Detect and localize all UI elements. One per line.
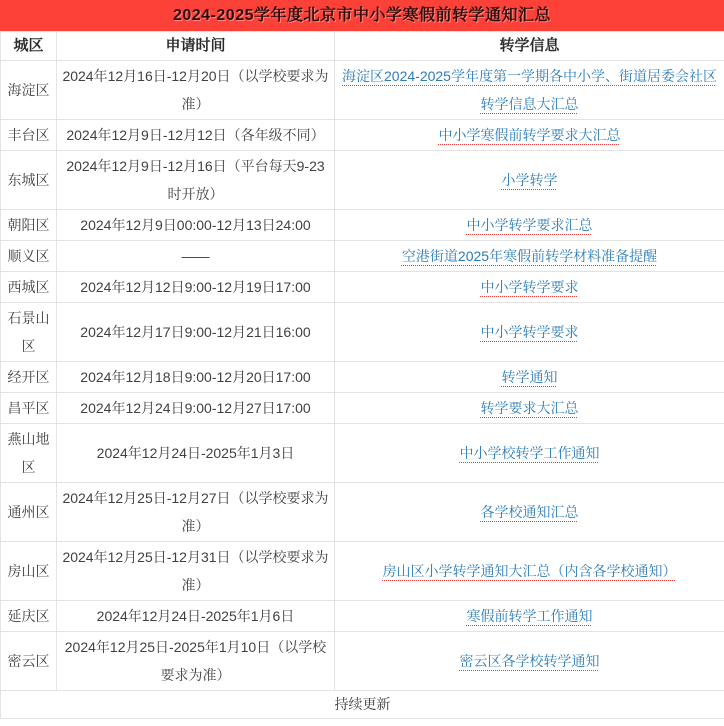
link-cell: 寒假前转学工作通知 xyxy=(335,601,724,632)
table-row: 西城区 2024年12月12日9:00-12月19日17:00 中小学转学要求 xyxy=(1,272,724,303)
time-cell: 2024年12月24日-2025年1月6日 xyxy=(57,601,335,632)
district-cell: 西城区 xyxy=(1,272,57,303)
transfer-link[interactable]: 密云区各学校转学通知 xyxy=(460,653,600,669)
page-title: 2024-2025学年度北京市中小学寒假前转学通知汇总 xyxy=(0,0,724,31)
table-row: 燕山地区 2024年12月24日-2025年1月3日 中小学校转学工作通知 xyxy=(1,424,724,483)
transfer-link[interactable]: 中小学寒假前转学要求大汇总 xyxy=(439,127,621,143)
transfer-link[interactable]: 中小学转学要求 xyxy=(481,324,579,340)
table-header: 城区 申请时间 转学信息 xyxy=(1,32,724,61)
table-row: 海淀区 2024年12月16日-12月20日（以学校要求为准） 海淀区2024-… xyxy=(1,61,724,120)
district-cell: 昌平区 xyxy=(1,393,57,424)
transfer-link[interactable]: 寒假前转学工作通知 xyxy=(467,608,593,624)
link-cell: 转学要求大汇总 xyxy=(335,393,724,424)
time-cell: 2024年12月25日-2025年1月10日（以学校要求为准） xyxy=(57,632,335,691)
time-cell: —— xyxy=(57,241,335,272)
transfer-link[interactable]: 海淀区2024-2025学年度第一学期各中小学、街道居委会社区转学信息大汇总 xyxy=(342,68,717,112)
link-cell: 空港街道2025年寒假前转学材料准备提醒 xyxy=(335,241,724,272)
transfer-link[interactable]: 空港街道2025年寒假前转学材料准备提醒 xyxy=(402,248,657,264)
link-cell: 密云区各学校转学通知 xyxy=(335,632,724,691)
header-row: 城区 申请时间 转学信息 xyxy=(1,32,724,61)
link-cell: 各学校通知汇总 xyxy=(335,483,724,542)
district-cell: 东城区 xyxy=(1,151,57,210)
transfer-link[interactable]: 各学校通知汇总 xyxy=(481,504,579,520)
column-header-transfer-info: 转学信息 xyxy=(335,32,724,61)
transfer-link[interactable]: 中小学转学要求 xyxy=(481,279,579,295)
table-row: 延庆区 2024年12月24日-2025年1月6日 寒假前转学工作通知 xyxy=(1,601,724,632)
district-cell: 朝阳区 xyxy=(1,210,57,241)
district-cell: 丰台区 xyxy=(1,120,57,151)
notice-page: 2024-2025学年度北京市中小学寒假前转学通知汇总 城区 申请时间 转学信息… xyxy=(0,0,724,719)
time-cell: 2024年12月25日-12月31日（以学校要求为准） xyxy=(57,542,335,601)
district-cell: 延庆区 xyxy=(1,601,57,632)
column-header-apply-time: 申请时间 xyxy=(57,32,335,61)
link-cell: 中小学转学要求 xyxy=(335,303,724,362)
table-body: 海淀区 2024年12月16日-12月20日（以学校要求为准） 海淀区2024-… xyxy=(1,61,724,691)
transfer-link[interactable]: 小学转学 xyxy=(502,172,558,188)
time-cell: 2024年12月9日00:00-12月13日24:00 xyxy=(57,210,335,241)
district-cell: 海淀区 xyxy=(1,61,57,120)
time-cell: 2024年12月16日-12月20日（以学校要求为准） xyxy=(57,61,335,120)
link-cell: 中小学寒假前转学要求大汇总 xyxy=(335,120,724,151)
link-cell: 小学转学 xyxy=(335,151,724,210)
footer-row: 持续更新 xyxy=(1,691,724,719)
link-cell: 房山区小学转学通知大汇总（内含各学校通知） xyxy=(335,542,724,601)
column-header-district: 城区 xyxy=(1,32,57,61)
transfer-link[interactable]: 中小学转学要求汇总 xyxy=(467,217,593,233)
table-footer: 持续更新 xyxy=(1,691,724,719)
district-cell: 顺义区 xyxy=(1,241,57,272)
table-row: 丰台区 2024年12月9日-12月12日（各年级不同） 中小学寒假前转学要求大… xyxy=(1,120,724,151)
district-cell: 经开区 xyxy=(1,362,57,393)
time-cell: 2024年12月17日9:00-12月21日16:00 xyxy=(57,303,335,362)
transfer-notice-table: 城区 申请时间 转学信息 海淀区 2024年12月16日-12月20日（以学校要… xyxy=(0,31,724,719)
transfer-link[interactable]: 转学通知 xyxy=(502,369,558,385)
time-cell: 2024年12月24日-2025年1月3日 xyxy=(57,424,335,483)
link-cell: 中小学校转学工作通知 xyxy=(335,424,724,483)
time-cell: 2024年12月9日-12月16日（平台每天9-23时开放） xyxy=(57,151,335,210)
link-cell: 转学通知 xyxy=(335,362,724,393)
table-row: 房山区 2024年12月25日-12月31日（以学校要求为准） 房山区小学转学通… xyxy=(1,542,724,601)
district-cell: 通州区 xyxy=(1,483,57,542)
district-cell: 房山区 xyxy=(1,542,57,601)
table-row: 东城区 2024年12月9日-12月16日（平台每天9-23时开放） 小学转学 xyxy=(1,151,724,210)
table-row: 顺义区 —— 空港街道2025年寒假前转学材料准备提醒 xyxy=(1,241,724,272)
footer-note: 持续更新 xyxy=(1,691,724,719)
link-cell: 中小学转学要求 xyxy=(335,272,724,303)
table-row: 朝阳区 2024年12月9日00:00-12月13日24:00 中小学转学要求汇… xyxy=(1,210,724,241)
district-cell: 密云区 xyxy=(1,632,57,691)
link-cell: 中小学转学要求汇总 xyxy=(335,210,724,241)
district-cell: 燕山地区 xyxy=(1,424,57,483)
transfer-link[interactable]: 转学要求大汇总 xyxy=(481,400,579,416)
table-row: 经开区 2024年12月18日9:00-12月20日17:00 转学通知 xyxy=(1,362,724,393)
transfer-link[interactable]: 房山区小学转学通知大汇总（内含各学校通知） xyxy=(383,563,677,579)
table-row: 昌平区 2024年12月24日9:00-12月27日17:00 转学要求大汇总 xyxy=(1,393,724,424)
time-cell: 2024年12月9日-12月12日（各年级不同） xyxy=(57,120,335,151)
time-cell: 2024年12月18日9:00-12月20日17:00 xyxy=(57,362,335,393)
time-cell: 2024年12月24日9:00-12月27日17:00 xyxy=(57,393,335,424)
table-row: 石景山区 2024年12月17日9:00-12月21日16:00 中小学转学要求 xyxy=(1,303,724,362)
time-cell: 2024年12月12日9:00-12月19日17:00 xyxy=(57,272,335,303)
district-cell: 石景山区 xyxy=(1,303,57,362)
table-row: 密云区 2024年12月25日-2025年1月10日（以学校要求为准） 密云区各… xyxy=(1,632,724,691)
transfer-link[interactable]: 中小学校转学工作通知 xyxy=(460,445,600,461)
link-cell: 海淀区2024-2025学年度第一学期各中小学、街道居委会社区转学信息大汇总 xyxy=(335,61,724,120)
table-row: 通州区 2024年12月25日-12月27日（以学校要求为准） 各学校通知汇总 xyxy=(1,483,724,542)
time-cell: 2024年12月25日-12月27日（以学校要求为准） xyxy=(57,483,335,542)
